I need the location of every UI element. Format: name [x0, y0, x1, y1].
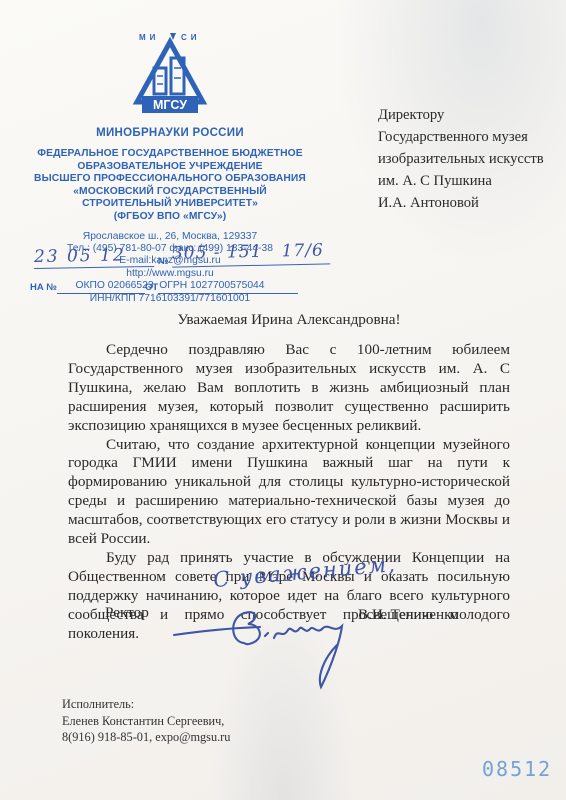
recipient-line: Государственного музея	[378, 126, 544, 148]
org-line: ВЫСШЕГО ПРОФЕССИОНАЛЬНОГО ОБРАЗОВАНИЯ	[22, 173, 318, 186]
recipient-line: Директору	[378, 104, 544, 126]
paragraph-congratulation: Сердечно поздравляю Вас с 100-летним юби…	[68, 341, 510, 436]
executor-name: Еленев Константин Сергеевич,	[62, 713, 230, 730]
org-line: (ФГБОУ ВПО «МГСУ»)	[22, 211, 318, 224]
registration-stamp-number: 08512	[482, 757, 552, 781]
inn-kpp-line: ИНН/КПП 7716103391/771601001	[22, 293, 318, 305]
reply-ot-label: ОТ	[145, 282, 158, 293]
reply-na-label: НА №	[30, 282, 57, 293]
svg-text:МИ: МИ	[139, 33, 159, 42]
scanned-letter-page: МИ СИ МГСУ МИНОБРНАУКИ РОССИИ ФЕДЕРАЛЬНО…	[0, 0, 566, 800]
organization-name: ФЕДЕРАЛЬНОЕ ГОСУДАРСТВЕННОЕ БЮДЖЕТНОЕ ОБ…	[22, 148, 318, 224]
handwritten-outgoing-number: 305 - 151 17/6	[172, 240, 330, 267]
reference-row: 23 05 12 № 305 - 151 17/6	[30, 246, 330, 276]
mgsu-logo-icon: МИ СИ МГСУ	[127, 30, 213, 116]
paragraph-concept: Считаю, что создание архитектурной конце…	[68, 436, 510, 549]
recipient-block: Директору Государственного музея изобраз…	[378, 104, 544, 214]
handwritten-date: 23 05 12	[34, 245, 154, 269]
ministry-line: МИНОБРНАУКИ РОССИИ	[22, 127, 318, 139]
reply-na-blank	[57, 282, 145, 294]
salutation: Уважаемая Ирина Александровна!	[68, 311, 510, 329]
executor-contact: 8(916) 918-85-01, expo@mgsu.ru	[62, 729, 230, 746]
recipient-line: им. А. С Пушкина	[378, 170, 544, 192]
signer-title: Ректор	[105, 604, 149, 622]
executor-block: Исполнитель: Еленев Константин Сергеевич…	[62, 696, 230, 746]
signature-scribble	[168, 585, 378, 695]
org-line: ФЕДЕРАЛЬНОЕ ГОСУДАРСТВЕННОЕ БЮДЖЕТНОЕ	[22, 148, 318, 161]
org-line: «МОСКОВСКИЙ ГОСУДАРСТВЕННЫЙ	[22, 186, 318, 199]
org-line: СТРОИТЕЛЬНЫЙ УНИВЕРСИТЕТ»	[22, 198, 318, 211]
logo-label: МГСУ	[153, 98, 187, 112]
recipient-line: изобразительных искусств	[378, 148, 544, 170]
recipient-line: И.А. Антоновой	[378, 192, 544, 214]
org-line: ОБРАЗОВАТЕЛЬНОЕ УЧРЕЖДЕНИЕ	[22, 161, 318, 174]
reply-reference-row: НА № ОТ	[30, 282, 340, 294]
signer-name: В.И. Теличенко	[358, 606, 458, 624]
executor-label: Исполнитель:	[62, 696, 230, 713]
number-sign-label: №	[158, 256, 169, 267]
reply-ot-blank	[158, 282, 298, 294]
svg-text:СИ: СИ	[181, 33, 201, 42]
